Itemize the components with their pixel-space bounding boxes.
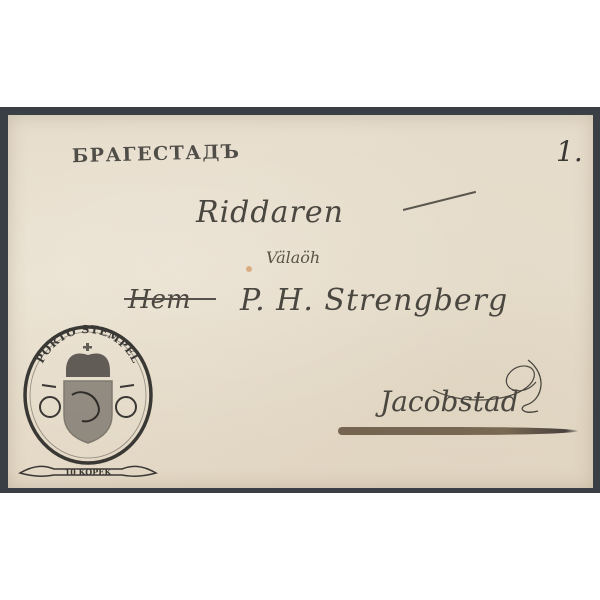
town-flourish-icon bbox=[428, 360, 548, 420]
strikethrough-line bbox=[124, 298, 216, 300]
rate-marking: 1. bbox=[556, 135, 583, 168]
ink-underline-stroke bbox=[338, 427, 578, 435]
address-line-honorific: Välaöh bbox=[266, 248, 320, 267]
porto-stempel-postmark: PORTO STEMPEL 10 KOPEK bbox=[14, 315, 159, 485]
address-struck-word: Hem bbox=[128, 285, 191, 315]
svg-text:10 KOPEK: 10 KOPEK bbox=[65, 467, 113, 477]
address-line-name: P. H. Strengberg bbox=[240, 283, 508, 318]
coat-of-arms-postmark-icon: PORTO STEMPEL 10 KOPEK bbox=[14, 315, 159, 485]
letter-cover: БРАГЕСТАДЪ 1. Riddaren Välaöh Hem P. H. … bbox=[8, 115, 593, 488]
pen-flourish-dash bbox=[403, 191, 476, 211]
address-line-title: Riddaren bbox=[196, 195, 344, 230]
foxing-spot bbox=[246, 266, 252, 272]
town-handstamp: БРАГЕСТАДЪ bbox=[72, 141, 241, 167]
